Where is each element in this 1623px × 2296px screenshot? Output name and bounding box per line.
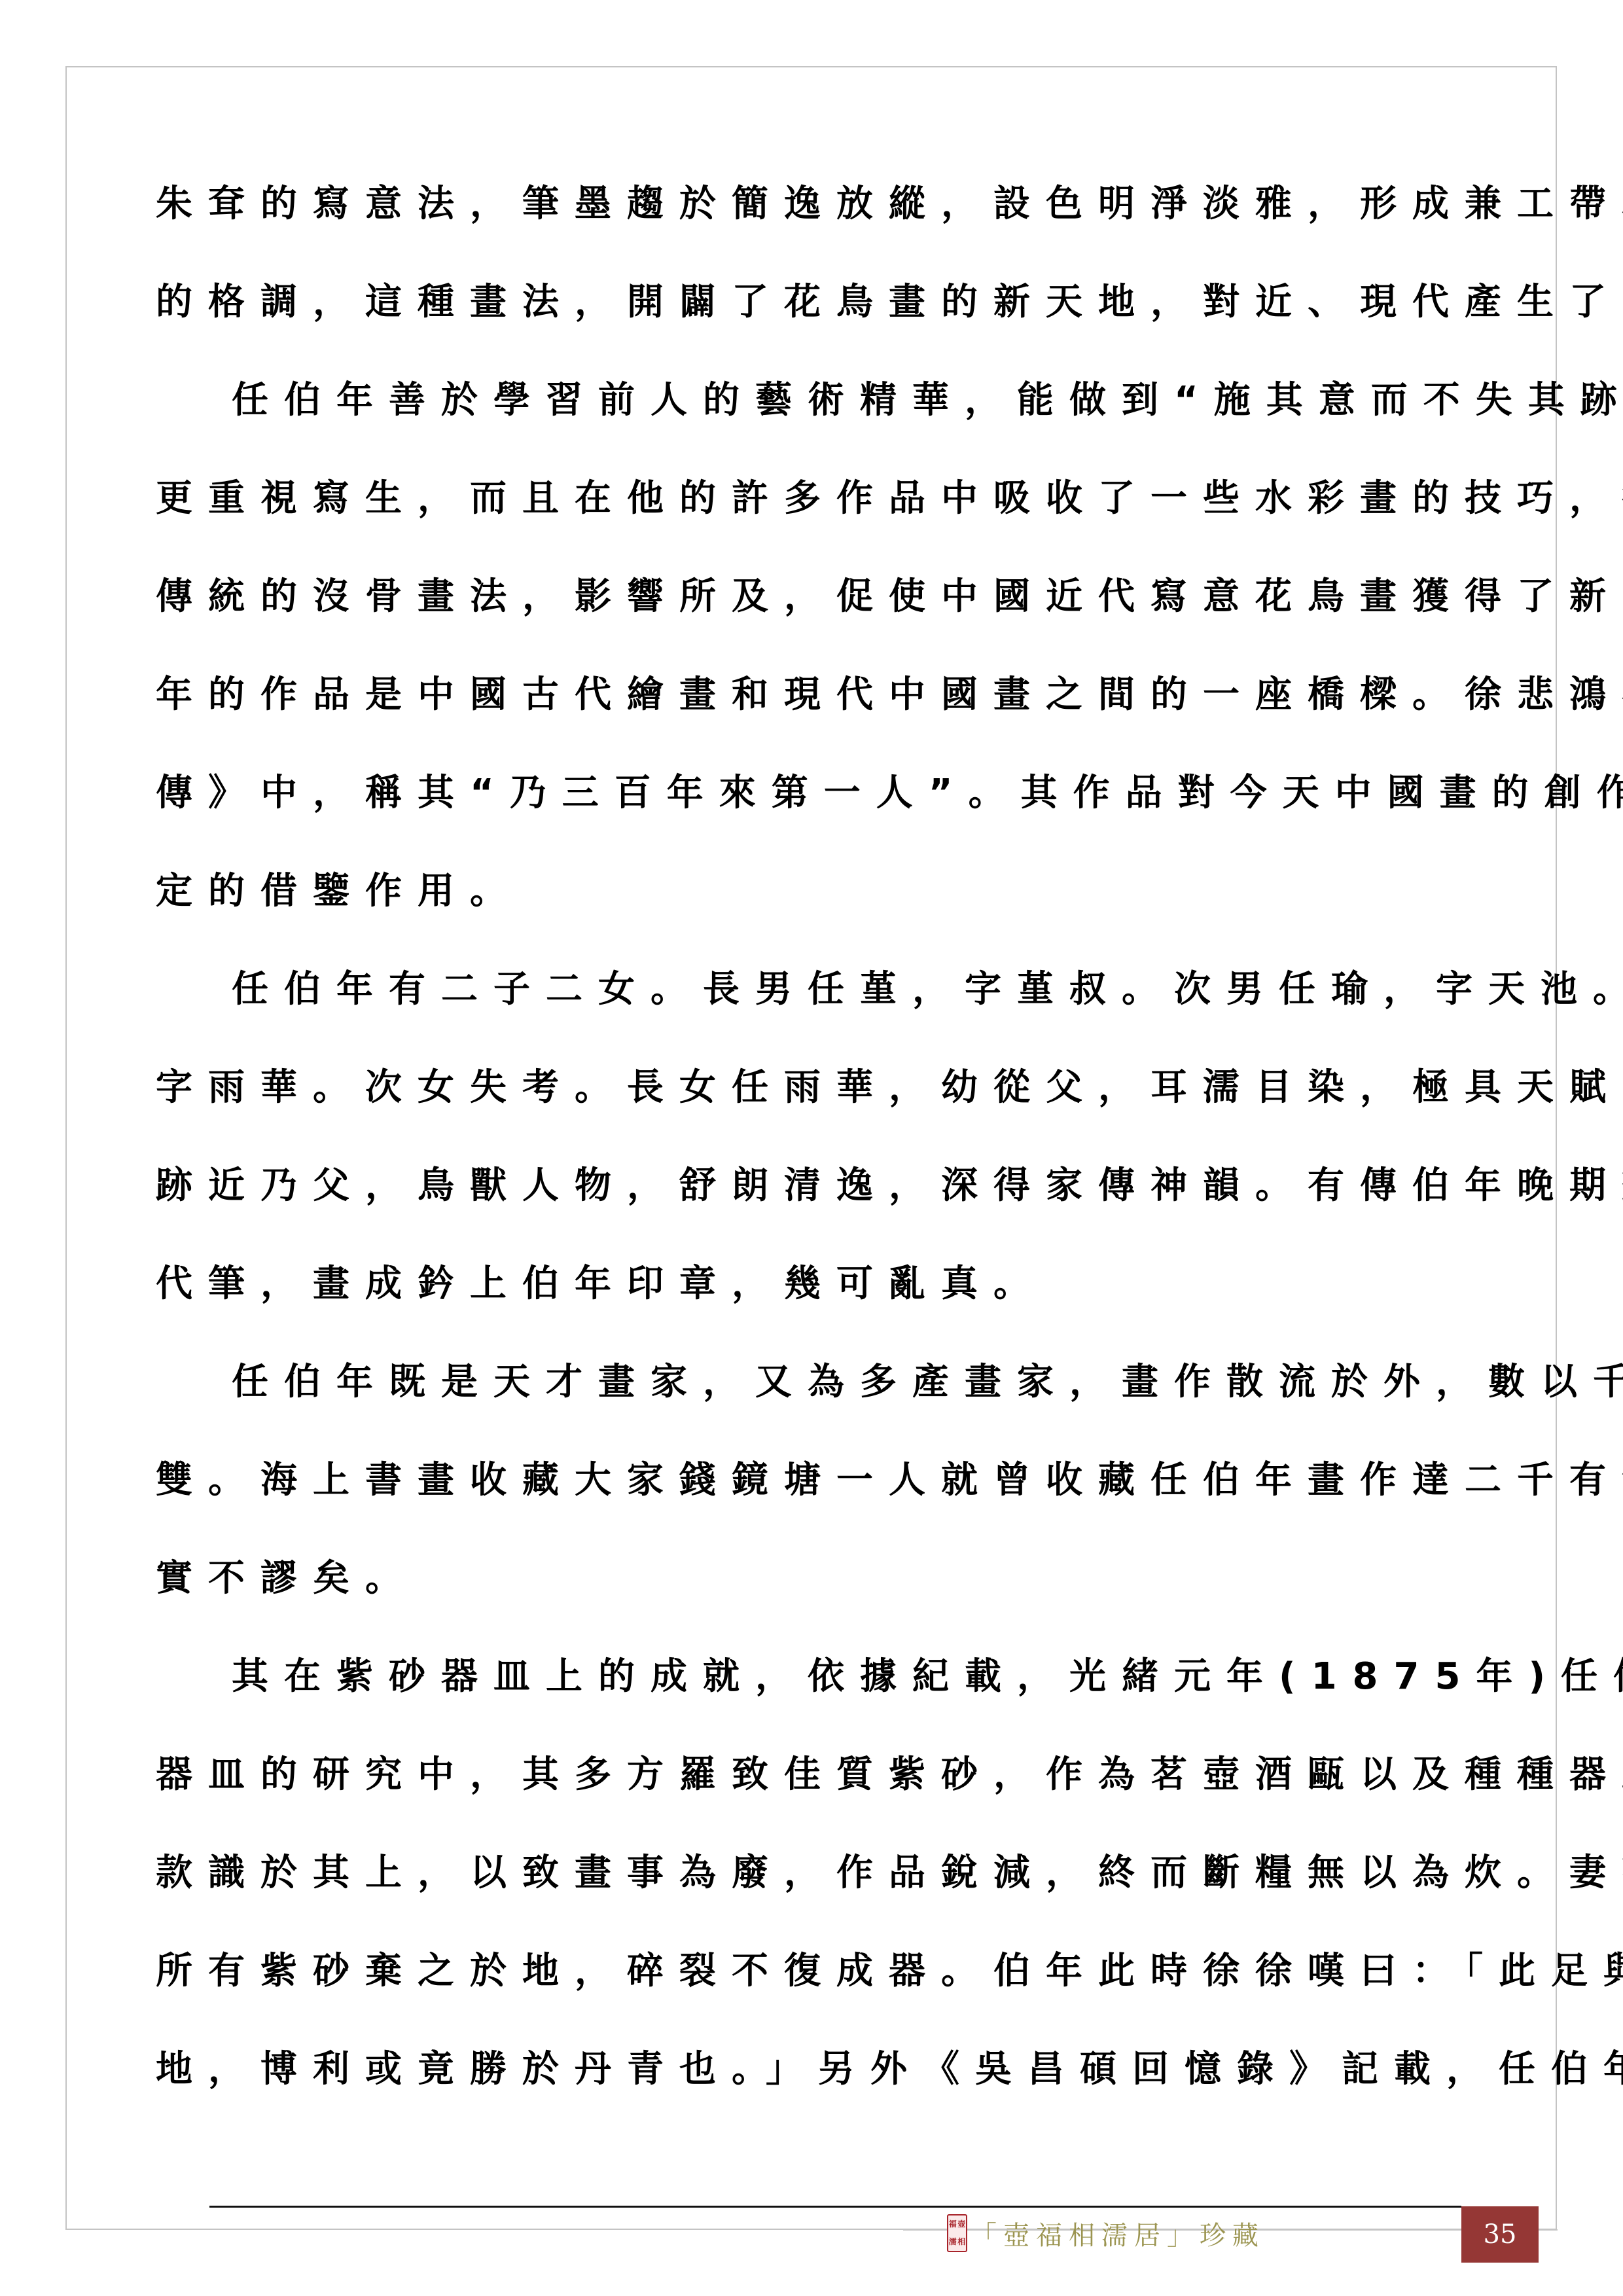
- paragraph-line: 更重視寫生，而且在他的許多作品中吸收了一些水彩畫的技巧，從而又發展了: [156, 466, 1453, 564]
- paragraph-line: 款識於其上，以致畫事為廢，作品銳減，終而斷糧無以為炊。妻怒，盡舉案頭: [156, 1840, 1453, 1939]
- paragraph-line: 任伯年善於學習前人的藝術精華，能做到“施其意而不失其跡”，他不僅: [156, 368, 1453, 466]
- paragraph-line: 的格調，這種畫法，開闢了花鳥畫的新天地，對近、現代產生了巨大的影響。: [156, 270, 1453, 368]
- collection-label: 「壺福相濡居」珍藏: [971, 2217, 1265, 2254]
- paragraph-line: 任伯年既是天才畫家，又為多產畫家，畫作散流於外，數以千計，並世無: [156, 1350, 1453, 1448]
- seal-char: 相: [957, 2233, 967, 2251]
- paragraph-line: 字雨華。次女失考。長女任雨華，幼從父，耳濡目染，極具天賦，及長，畫風: [156, 1055, 1453, 1153]
- red-seal-stamp-icon: 福 壺 濡 相: [947, 2214, 967, 2252]
- paragraph-line: 地，博利或竟勝於丹青也。」另外《吳昌碩回憶錄》記載，任伯年曾放下畫筆，: [156, 2037, 1453, 2135]
- page-number-badge: 35: [1461, 2206, 1539, 2263]
- paragraph-line: 代筆，畫成鈐上伯年印章，幾可亂真。: [156, 1251, 1453, 1350]
- footer-divider: [209, 2206, 1461, 2208]
- paragraph-line: 所有紫砂棄之於地，碎裂不復成器。伯年此時徐徐嘆曰：「此足與曼生爭一席之: [156, 1939, 1453, 2037]
- paragraph-line: 年的作品是中國古代繪畫和現代中國畫之間的一座橋樑。徐悲鴻在《任伯年評: [156, 662, 1453, 761]
- paragraph-line: 傳統的沒骨畫法，影響所及，促使中國近代寫意花鳥畫獲得了新的發展。任伯: [156, 564, 1453, 662]
- paragraph-line: 實不謬矣。: [156, 1546, 1453, 1644]
- paragraph-line: 任伯年有二子二女。長男任堇，字堇叔。次男任瑜，字天池。長女任霞，: [156, 957, 1453, 1055]
- paragraph-line: 朱耷的寫意法，筆墨趨於簡逸放縱，設色明淨淡雅，形成兼工帶寫，明快溫馨: [156, 171, 1453, 270]
- paragraph-line: 器皿的研究中，其多方羅致佳質紫砂，作為茗壺酒甌以及種種器皿，鐫刻書畫: [156, 1742, 1453, 1840]
- body-text: 朱耷的寫意法，筆墨趨於簡逸放縱，設色明淨淡雅，形成兼工帶寫，明快溫馨的格調，這種…: [156, 171, 1453, 2135]
- paragraph-line: 傳》中，稱其“乃三百年來第一人”。其作品對今天中國畫的創作，無疑有一: [156, 761, 1453, 859]
- paragraph-line: 其在紫砂器皿上的成就，依據紀載，光緒元年(1875年)任伯年沉浸於紫砂: [156, 1644, 1453, 1742]
- seal-char: 福: [948, 2215, 957, 2233]
- paragraph-line: 跡近乃父，鳥獸人物，舒朗清逸，深得家傳神韻。有傳伯年晚期畫作偶由雨華: [156, 1153, 1453, 1251]
- seal-char: 壺: [957, 2215, 967, 2233]
- paragraph-line: 雙。海上書畫收藏大家錢鏡塘一人就曾收藏任伯年畫作達二千有餘，多產之名，: [156, 1448, 1453, 1546]
- page-number: 35: [1484, 2221, 1517, 2248]
- seal-char: 濡: [948, 2233, 957, 2251]
- paragraph-line: 定的借鑒作用。: [156, 859, 1453, 957]
